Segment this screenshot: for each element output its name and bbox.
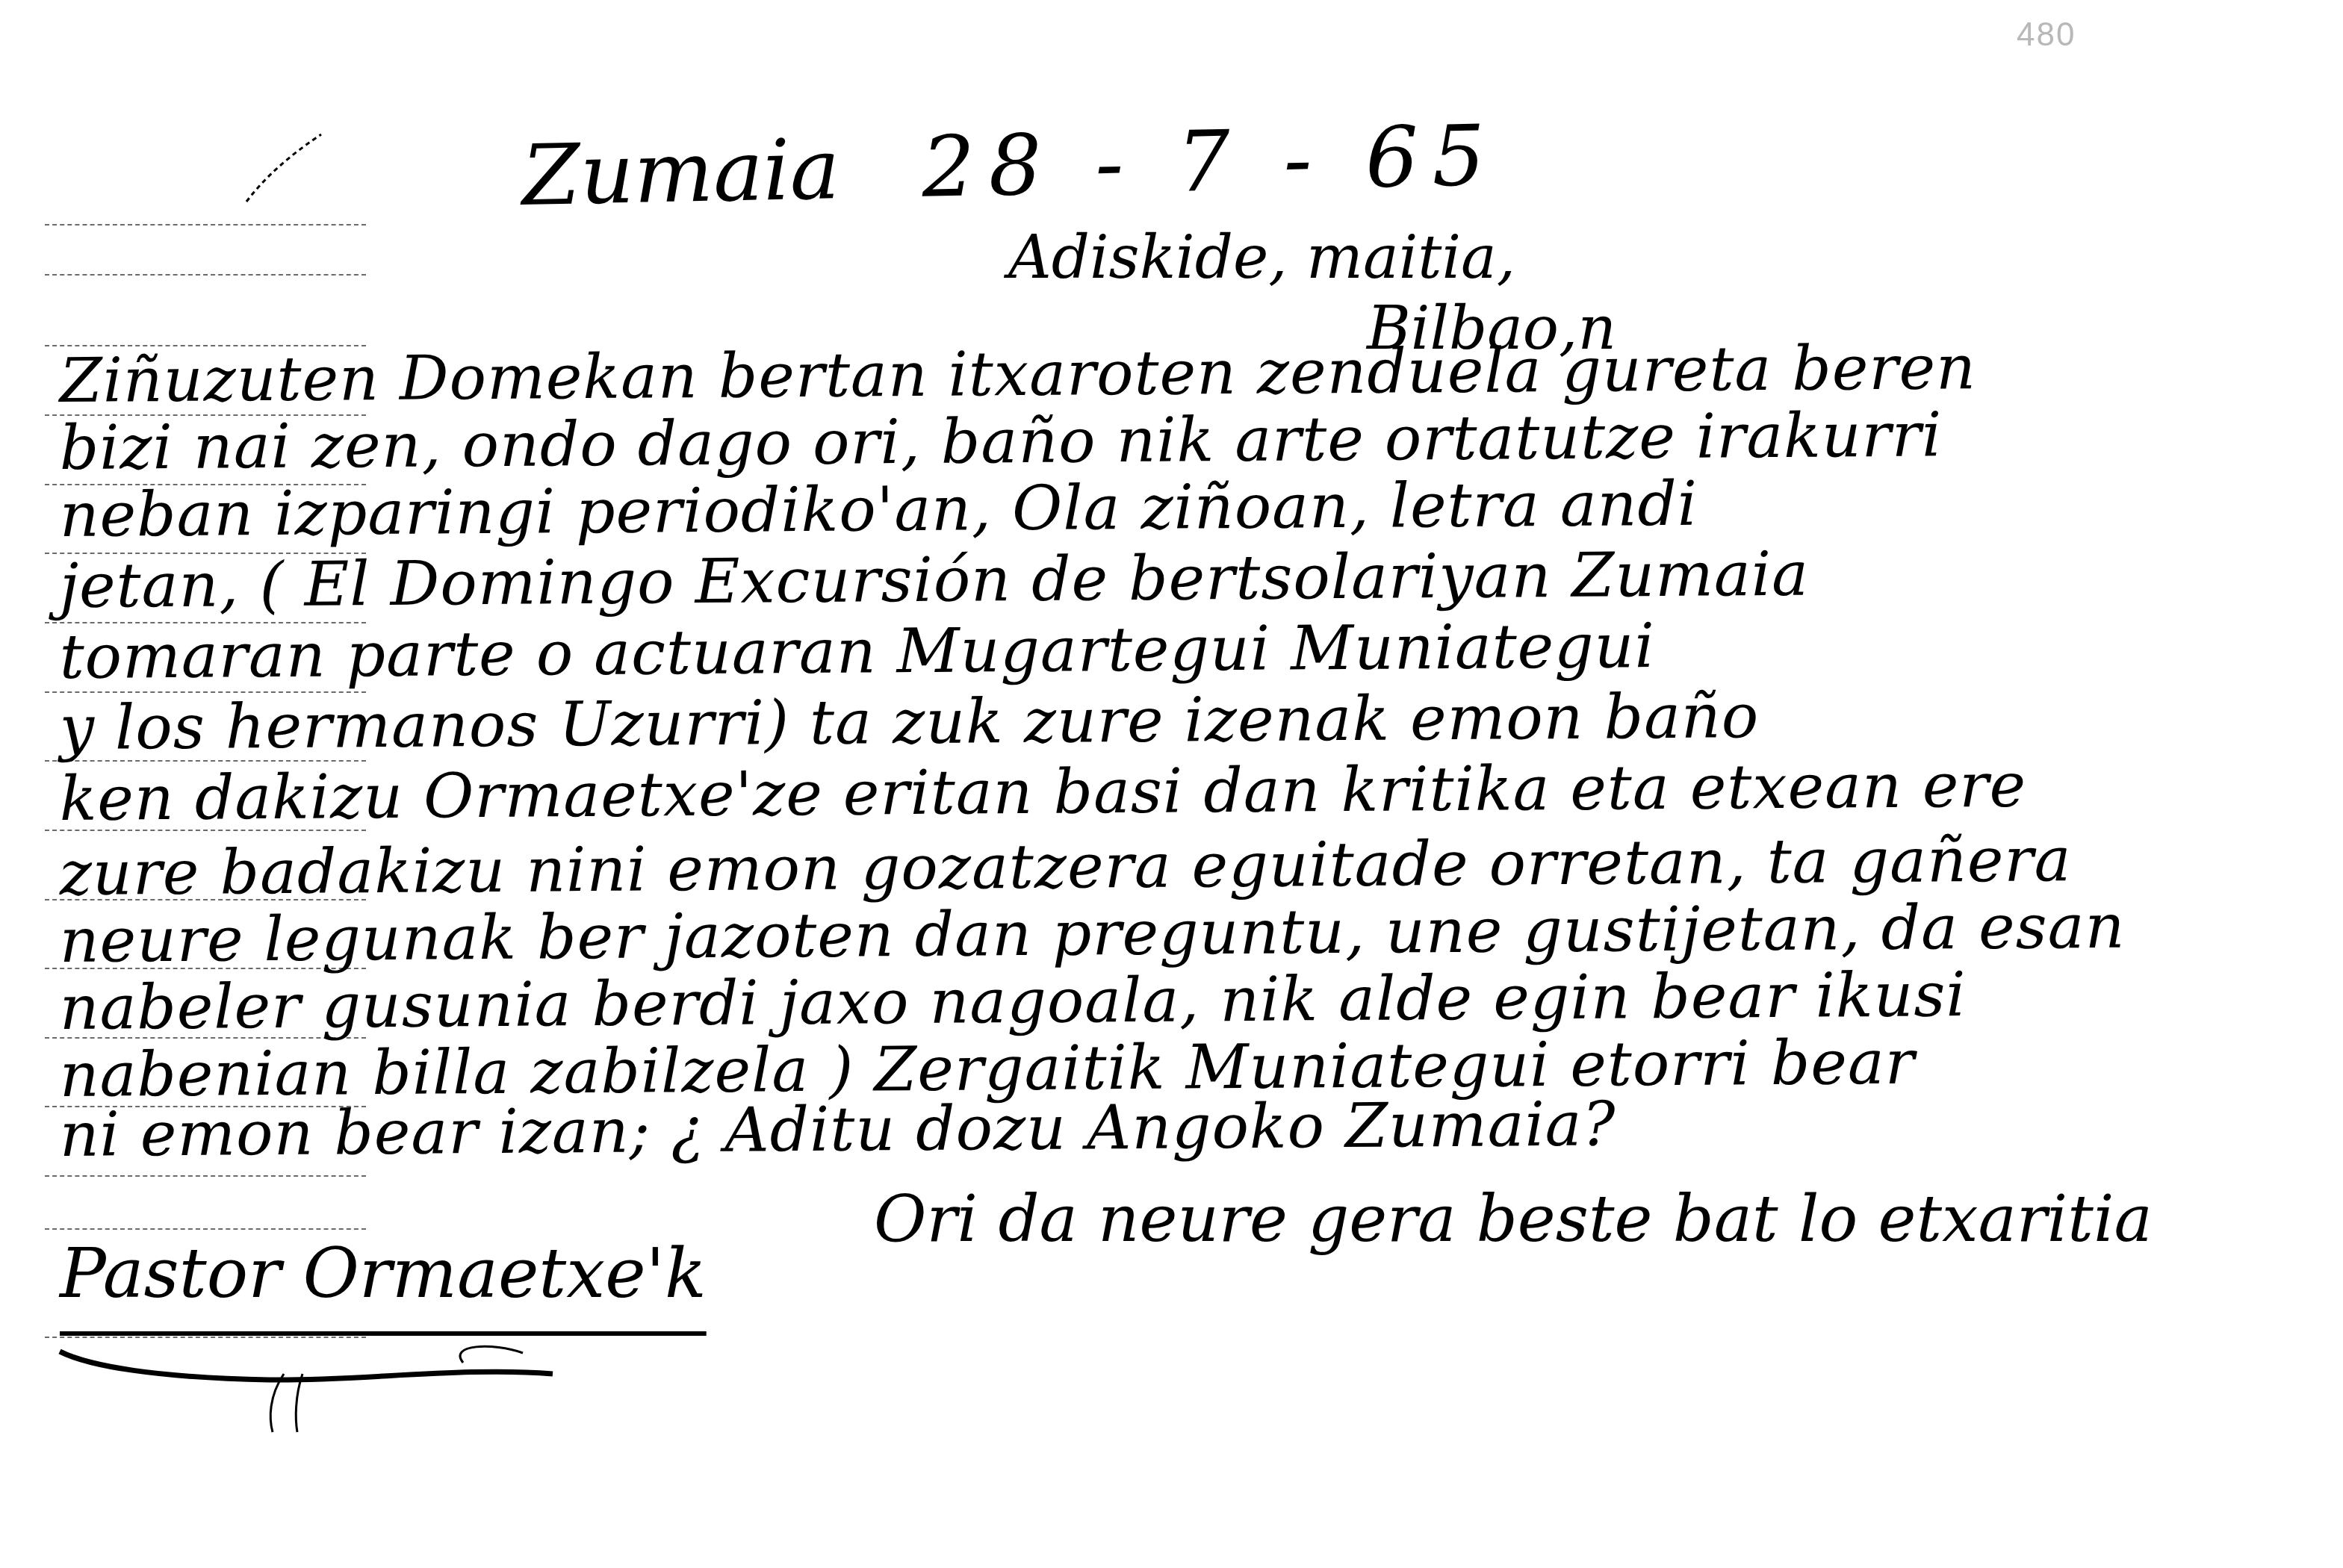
ruled-line bbox=[45, 1175, 366, 1177]
body-line: neban izparingi periodiko'an, Ola ziñoan… bbox=[59, 474, 1698, 547]
ruled-line bbox=[45, 1228, 366, 1230]
salutation: Adiskide, maitia, bbox=[1008, 228, 1515, 287]
closing-line: Ori da neure gera beste bat lo etxaritia bbox=[874, 1187, 2153, 1251]
letter-page: 480 Zumaia28 - 7 - 65 Adiskide, maitia, … bbox=[0, 0, 2343, 1568]
signature-flourish-icon bbox=[45, 1322, 583, 1434]
ruled-line bbox=[45, 274, 366, 276]
pen-stroke-mark-icon bbox=[239, 127, 329, 217]
signature: Pastor Ormaetxe'k bbox=[60, 1239, 707, 1308]
body-line: ni emon bear izan; ¿ Aditu dozu Angoko Z… bbox=[59, 1094, 1616, 1166]
body-line: ken dakizu Ormaetxe'ze eritan basi dan k… bbox=[59, 756, 2026, 830]
body-line: y los hermanos Uzurri) ta zuk zure izena… bbox=[59, 686, 1759, 759]
date: 28 - 7 - 65 bbox=[921, 108, 1500, 217]
page-number: 480 bbox=[2017, 16, 2076, 54]
place-date-line: Zumaia28 - 7 - 65 bbox=[521, 114, 1500, 218]
ruled-line bbox=[45, 224, 366, 225]
place: Zumaia bbox=[521, 121, 840, 225]
body-line: tomaran parte o actuaran Mugartegui Muni… bbox=[59, 616, 1655, 688]
body-line: jetan, ( El Domingo Excursión de bertsol… bbox=[59, 544, 1809, 617]
